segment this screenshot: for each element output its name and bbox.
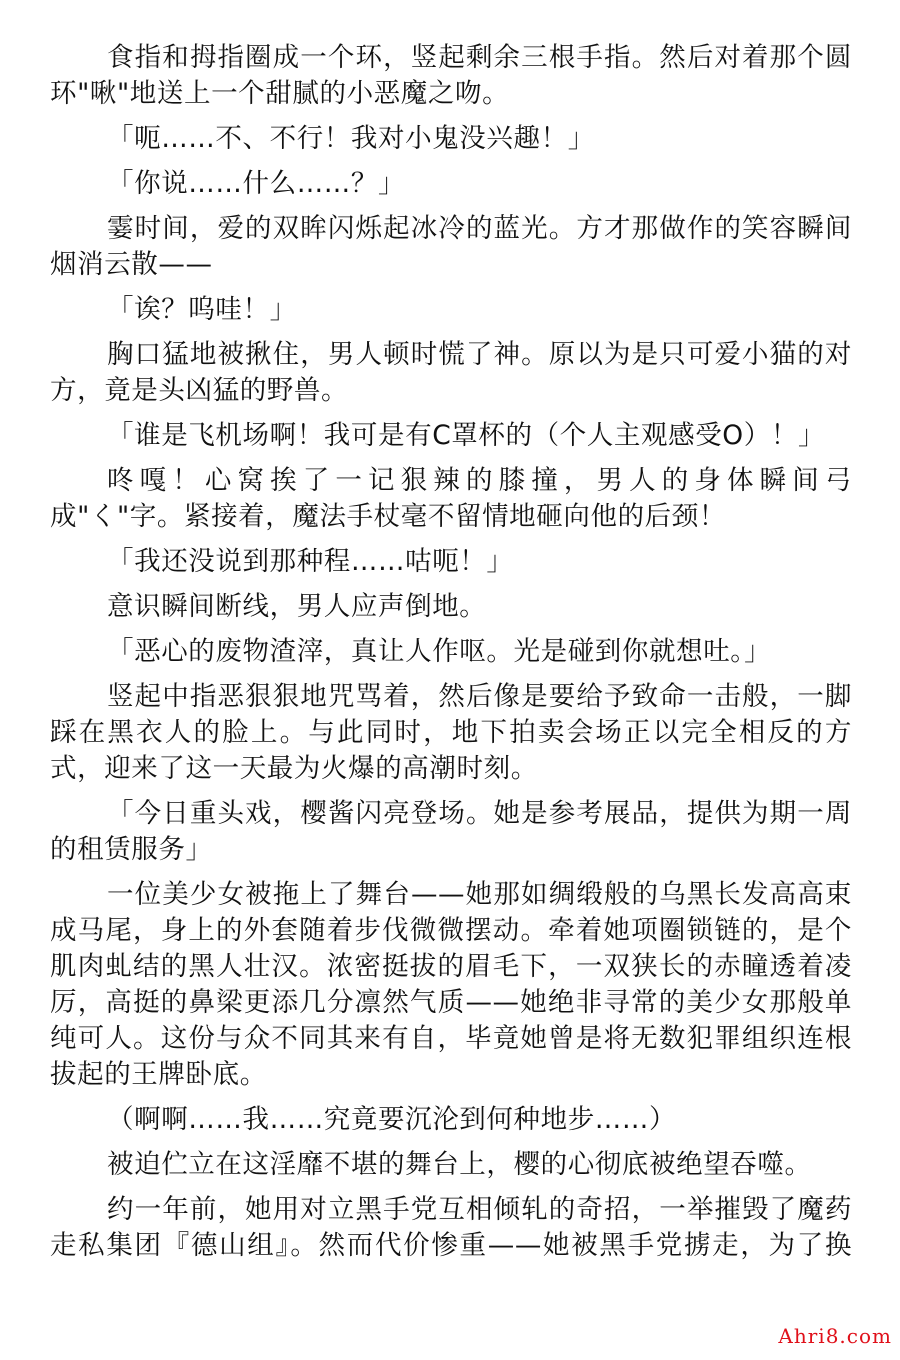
paragraph: 意识瞬间断线，男人应声倒地。 xyxy=(50,589,852,625)
text-line: 意识瞬间断线，男人应声倒地。 xyxy=(50,589,852,625)
paragraph: 「诶？呜哇！」 xyxy=(50,292,852,328)
paragraph: （啊啊……我……究竟要沉沦到何种地步……） xyxy=(50,1102,852,1138)
text-line: 厉，高挺的鼻梁更添几分凛然气质——她绝非寻常的美少女那般单 xyxy=(50,985,852,1021)
text-line: 成马尾，身上的外套随着步伐微微摆动。牵着她项圈锁链的，是个 xyxy=(50,913,852,949)
paragraph: 「我还没说到那种程……咕呃！」 xyxy=(50,544,852,580)
paragraph: 「恶心的废物渣滓，真让人作呕。光是碰到你就想吐。」 xyxy=(50,634,852,670)
text-line: 踩在黑衣人的脸上。与此同时，地下拍卖会场正以完全相反的方 xyxy=(50,715,852,751)
text-line: 成"く"字。紧接着，魔法手杖毫不留情地砸向他的后颈！ xyxy=(50,499,852,535)
text-line: 「你说……什么……？」 xyxy=(50,166,852,202)
text-line: 式，迎来了这一天最为火爆的高潮时刻。 xyxy=(50,751,852,787)
text-line: 「诶？呜哇！」 xyxy=(50,292,852,328)
text-line: 一位美少女被拖上了舞台——她那如绸缎般的乌黑长发高高束 xyxy=(50,877,852,913)
text-line: 走私集团『德山组』。然而代价惨重——她被黑手党掳走，为了换 xyxy=(50,1228,852,1264)
text-line: 拔起的王牌卧底。 xyxy=(50,1057,852,1093)
text-line: 食指和拇指圈成一个环，竖起剩余三根手指。然后对着那个圆 xyxy=(50,40,852,76)
text-line: 烟消云散—— xyxy=(50,247,852,283)
text-line: 「恶心的废物渣滓，真让人作呕。光是碰到你就想吐。」 xyxy=(50,634,852,670)
text-line: 方，竟是头凶猛的野兽。 xyxy=(50,373,852,409)
paragraph: 「呃……不、不行！我对小鬼没兴趣！」 xyxy=(50,121,852,157)
text-line: 「谁是飞机场啊！我可是有C罩杯的（个人主观感受O）！」 xyxy=(50,418,852,454)
paragraph: 「你说……什么……？」 xyxy=(50,166,852,202)
text-line: 咚嘎！心窝挨了一记狠辣的膝撞，男人的身体瞬间弓 xyxy=(50,463,852,499)
paragraph: 胸口猛地被揪住，男人顿时慌了神。原以为是只可爱小猫的对方，竟是头凶猛的野兽。 xyxy=(50,337,852,409)
text-line: 的租赁服务」 xyxy=(50,832,852,868)
watermark-text: Ahri8.com xyxy=(778,1324,892,1348)
paragraph: 食指和拇指圈成一个环，竖起剩余三根手指。然后对着那个圆环"啾"地送上一个甜腻的小… xyxy=(50,40,852,112)
text-line: 被迫伫立在这淫靡不堪的舞台上，樱的心彻底被绝望吞噬。 xyxy=(50,1147,852,1183)
paragraph: 「今日重头戏，樱酱闪亮登场。她是参考展品，提供为期一周的租赁服务」 xyxy=(50,796,852,868)
text-line: （啊啊……我……究竟要沉沦到何种地步……） xyxy=(50,1102,852,1138)
text-line: 约一年前，她用对立黑手党互相倾轧的奇招，一举摧毁了魔药 xyxy=(50,1192,852,1228)
text-line: 环"啾"地送上一个甜腻的小恶魔之吻。 xyxy=(50,76,852,112)
text-line: 「呃……不、不行！我对小鬼没兴趣！」 xyxy=(50,121,852,157)
text-line: 霎时间，爱的双眸闪烁起冰冷的蓝光。方才那做作的笑容瞬间 xyxy=(50,211,852,247)
paragraph: 约一年前，她用对立黑手党互相倾轧的奇招，一举摧毁了魔药走私集团『德山组』。然而代… xyxy=(50,1192,852,1264)
text-line: 「今日重头戏，樱酱闪亮登场。她是参考展品，提供为期一周 xyxy=(50,796,852,832)
paragraph: 霎时间，爱的双眸闪烁起冰冷的蓝光。方才那做作的笑容瞬间烟消云散—— xyxy=(50,211,852,283)
text-line: 竖起中指恶狠狠地咒骂着，然后像是要给予致命一击般，一脚 xyxy=(50,679,852,715)
text-line: 「我还没说到那种程……咕呃！」 xyxy=(50,544,852,580)
paragraph: 被迫伫立在这淫靡不堪的舞台上，樱的心彻底被绝望吞噬。 xyxy=(50,1147,852,1183)
paragraph: 咚嘎！心窝挨了一记狠辣的膝撞，男人的身体瞬间弓成"く"字。紧接着，魔法手杖毫不留… xyxy=(50,463,852,535)
paragraph: 一位美少女被拖上了舞台——她那如绸缎般的乌黑长发高高束成马尾，身上的外套随着步伐… xyxy=(50,877,852,1093)
text-line: 胸口猛地被揪住，男人顿时慌了神。原以为是只可爱小猫的对 xyxy=(50,337,852,373)
text-line: 纯可人。这份与众不同其来有自，毕竟她曾是将无数犯罪组织连根 xyxy=(50,1021,852,1057)
text-line: 肌肉虬结的黑人壮汉。浓密挺拔的眉毛下，一双狭长的赤瞳透着凌 xyxy=(50,949,852,985)
document-page: 食指和拇指圈成一个环，竖起剩余三根手指。然后对着那个圆环"啾"地送上一个甜腻的小… xyxy=(50,40,852,1273)
paragraph: 「谁是飞机场啊！我可是有C罩杯的（个人主观感受O）！」 xyxy=(50,418,852,454)
paragraph: 竖起中指恶狠狠地咒骂着，然后像是要给予致命一击般，一脚踩在黑衣人的脸上。与此同时… xyxy=(50,679,852,787)
